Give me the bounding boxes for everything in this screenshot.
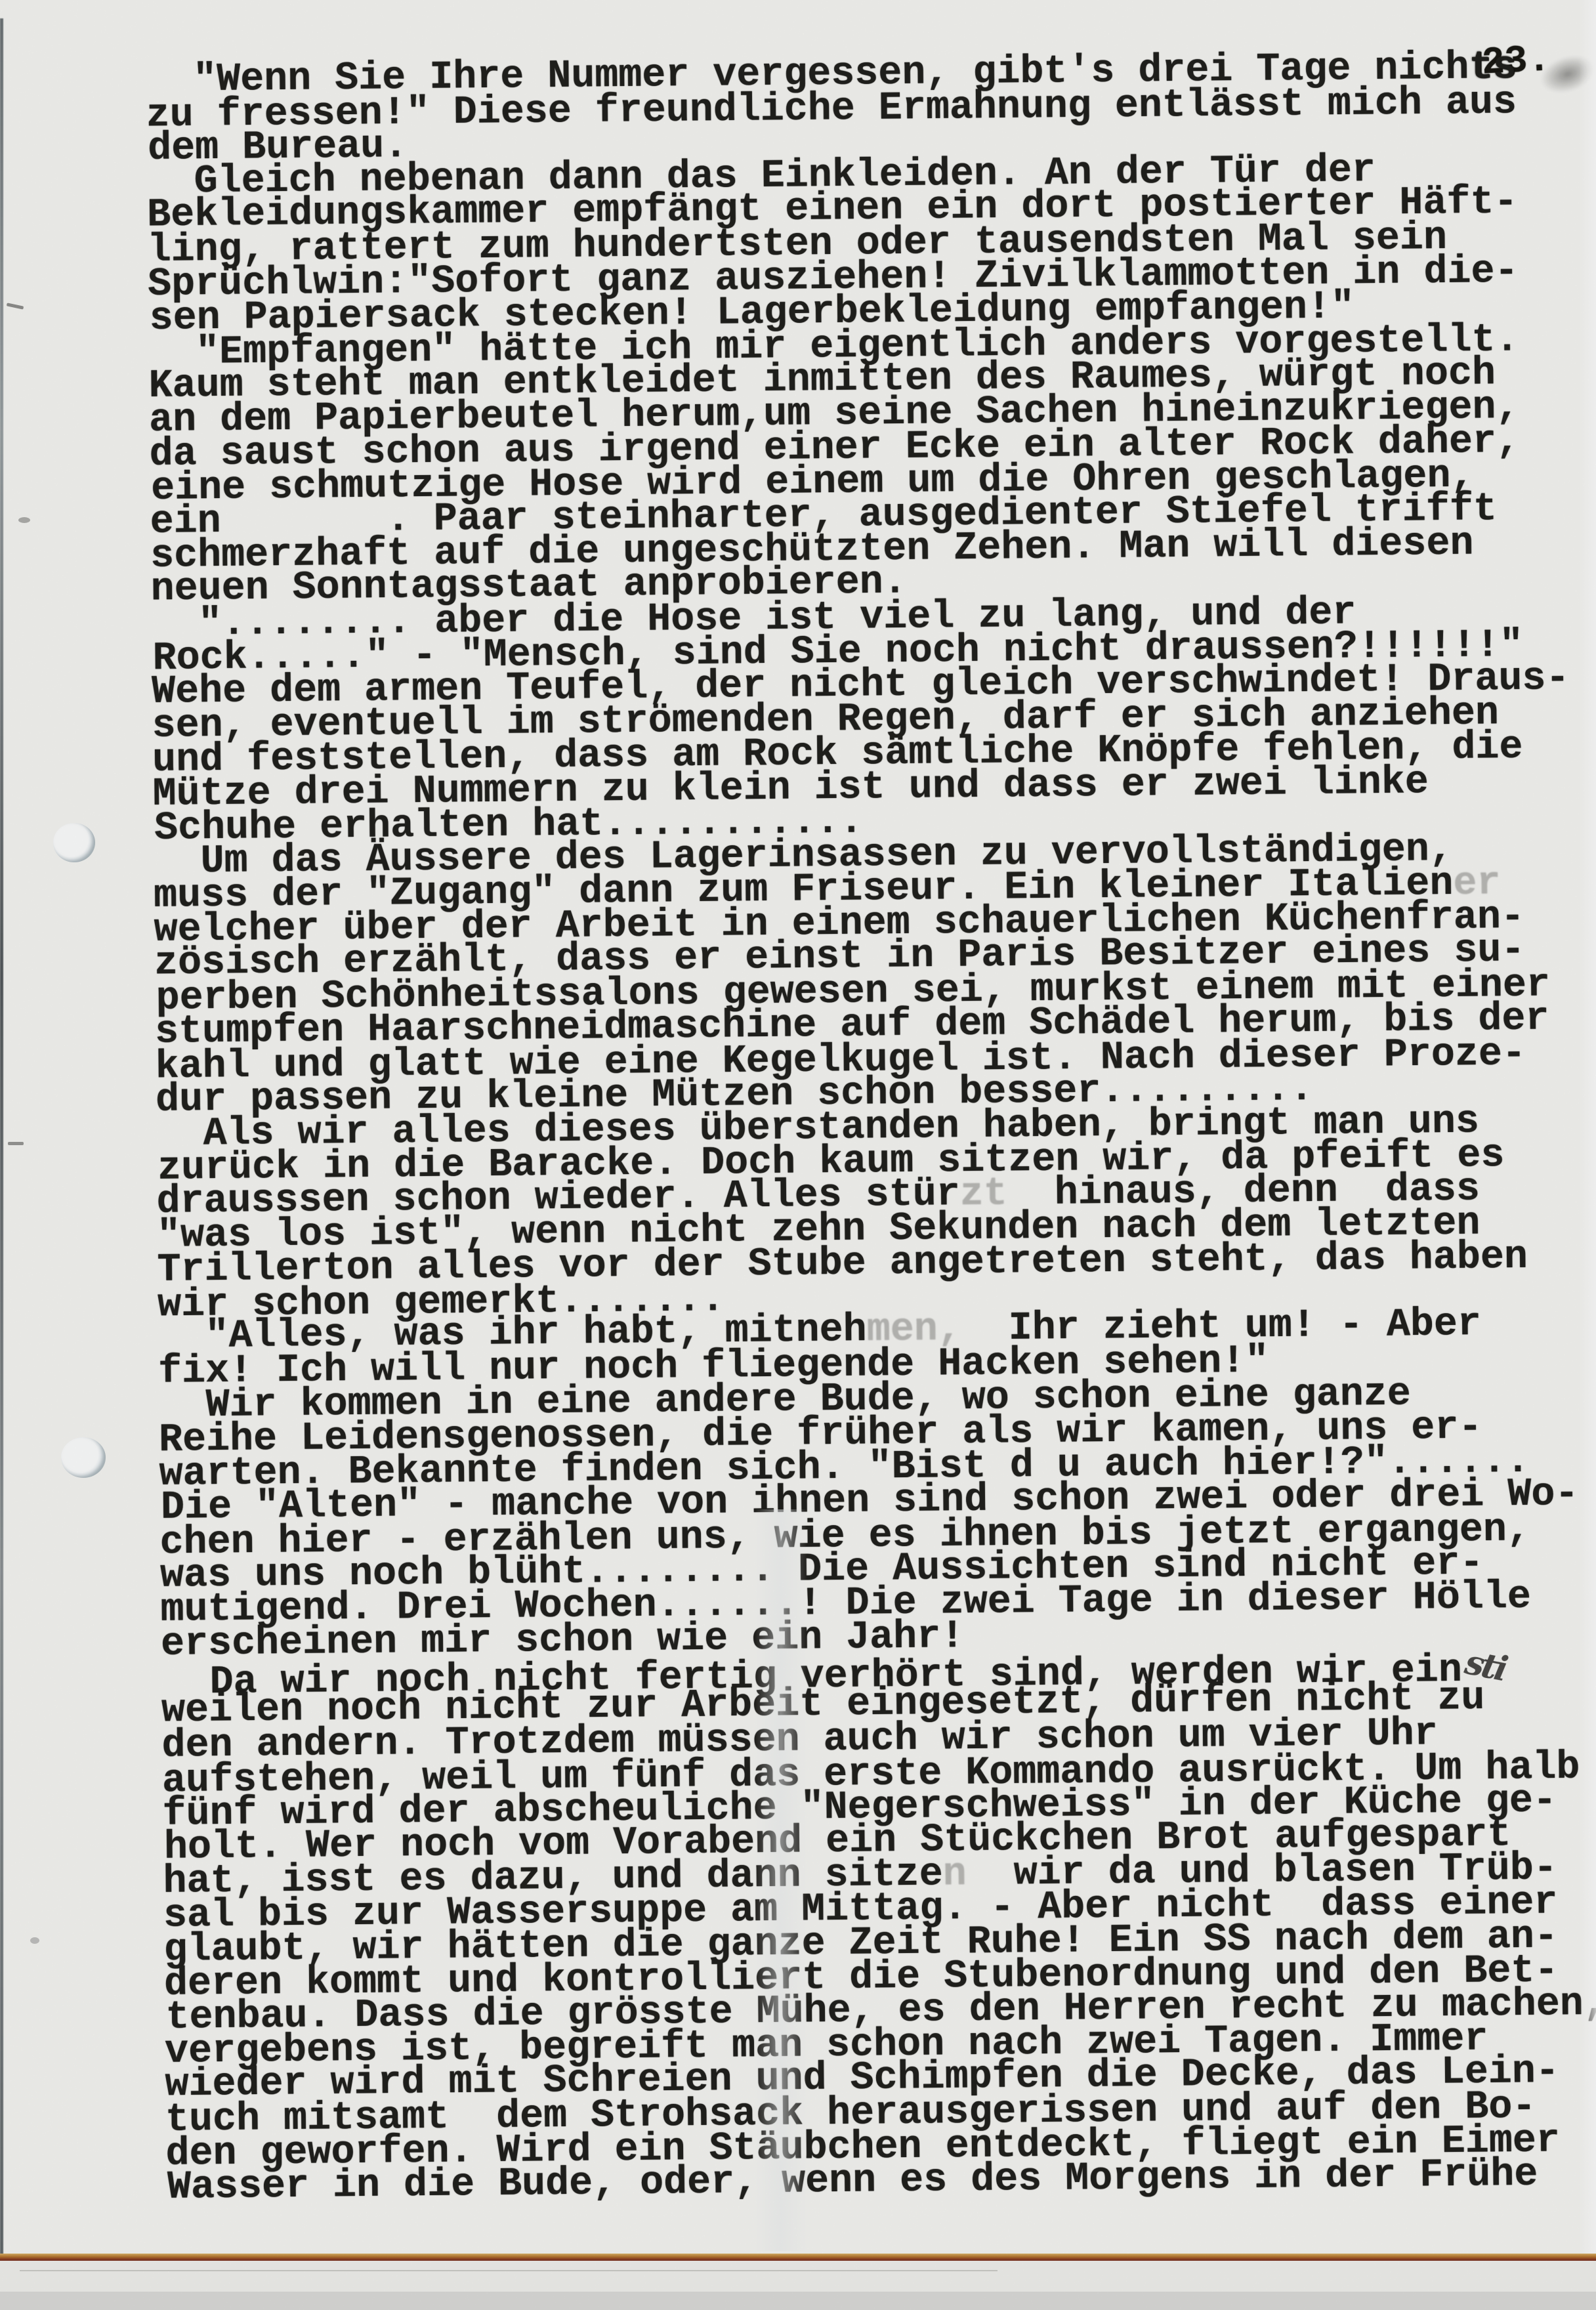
text-line: perben Schönheitssalons gewesen sei, mur… bbox=[156, 968, 1596, 1016]
scan-speck bbox=[7, 303, 24, 309]
text-line: aufstehen, weil um fünf das erste Komman… bbox=[162, 1751, 1596, 1799]
punch-hole-bottom bbox=[61, 1437, 106, 1478]
text-segment: er bbox=[1453, 861, 1501, 906]
text-segment: Schuhe erhalten hat........... bbox=[154, 799, 864, 850]
text-line: tenbau. Dass die grösste Mühe, es den He… bbox=[165, 1988, 1596, 2036]
paper-crease bbox=[755, 1509, 807, 2251]
text-segment: Ihr zieht um! - Aber bbox=[961, 1303, 1481, 1353]
scanned-page: 23. "Wenn Sie Ihre Nummer vergessen, gib… bbox=[0, 0, 1596, 2310]
text-line: Wasser in die Bude, oder, wenn es des Mo… bbox=[167, 2158, 1596, 2206]
scan-speck bbox=[8, 1142, 24, 1145]
text-line: Rock....." - "Mensch, sind Sie noch nich… bbox=[152, 628, 1596, 676]
scan-bottom-rule bbox=[0, 2254, 1596, 2261]
scanner-bed-strip bbox=[0, 2292, 1596, 2310]
document-text: "Wenn Sie Ihre Nummer vergessen, gibt's … bbox=[146, 51, 1596, 2206]
text-segment: men, bbox=[866, 1307, 961, 1353]
text-segment: "Alles, was ihr habt, mitneh bbox=[157, 1309, 867, 1360]
text-line: "Empfangen" hätte ich mir eigentlich and… bbox=[148, 324, 1596, 371]
text-segment: dem Bureau. bbox=[148, 124, 408, 171]
scan-edge-left-line bbox=[0, 18, 3, 2301]
text-line: zurück in die Baracke. Doch kaum sitzen … bbox=[157, 1138, 1596, 1186]
scan-speck bbox=[30, 1937, 39, 1944]
bottom-dim-band bbox=[0, 2261, 1596, 2292]
text-segment: n bbox=[942, 1852, 967, 1897]
scan-speck bbox=[18, 517, 30, 523]
scan-bottom-faint-line bbox=[20, 2270, 997, 2271]
text-segment: zt bbox=[959, 1172, 1007, 1217]
text-line: "Alles, was ihr habt, mitnehmen, Ihr zie… bbox=[157, 1307, 1596, 1355]
scan-edge-right-highlight bbox=[1579, 0, 1596, 2254]
text-line: weilen noch nicht zur Arbeit eingesetzt,… bbox=[161, 1681, 1596, 1729]
text-line: holt. Wer noch vom Vorabend ein Stückche… bbox=[164, 1818, 1596, 1866]
text-line: chen hier - erzählen uns, wie es ihnen b… bbox=[159, 1513, 1596, 1561]
text-line: kahl und glatt wie eine Kegelkugel ist. … bbox=[155, 1037, 1596, 1085]
text-line: eine schmutzige Hose wird einem um die O… bbox=[151, 458, 1596, 506]
text-line: wieder wird mit Schreien und Schimpfen d… bbox=[165, 2055, 1596, 2103]
text-line: Bekleidungskammer empfängt einen ein dor… bbox=[147, 185, 1596, 233]
punch-hole-top bbox=[53, 823, 95, 862]
text-segment: neuen Sonntagsstaat anprobieren. bbox=[150, 560, 907, 612]
